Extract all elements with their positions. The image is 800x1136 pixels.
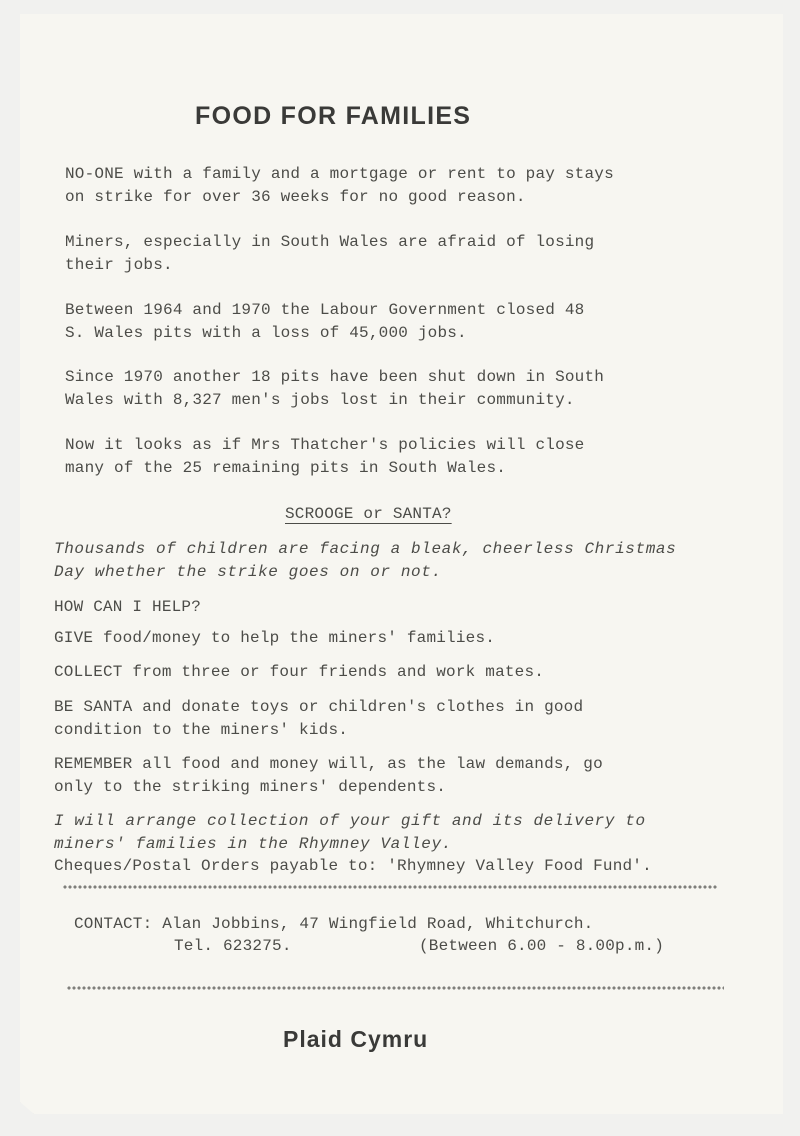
cheques-payable-line: Cheques/Postal Orders payable to: 'Rhymn…	[54, 855, 652, 877]
intro-italic-line-1: Thousands of children are facing a bleak…	[54, 538, 676, 560]
paragraph-closures-line-1: Since 1970 another 18 pits have been shu…	[65, 366, 604, 388]
paragraph-strike-line-1: NO-ONE with a family and a mortgage or r…	[65, 163, 614, 185]
footer-organisation: Plaid Cymru	[283, 1026, 428, 1053]
contact-telephone: Tel. 623275.	[174, 935, 292, 957]
decorative-divider-bottom	[66, 985, 724, 991]
section-subheading: SCROOGE or SANTA?	[285, 503, 452, 525]
paragraph-labour-line-2: S. Wales pits with a loss of 45,000 jobs…	[65, 322, 467, 344]
help-item-give: GIVE food/money to help the miners' fami…	[54, 627, 495, 649]
paragraph-strike-line-2: on strike for over 36 weeks for no good …	[65, 186, 526, 208]
help-heading: HOW CAN I HELP?	[54, 596, 201, 618]
contact-hours: (Between 6.00 - 8.00p.m.)	[419, 935, 664, 957]
document-title: FOOD FOR FAMILIES	[195, 102, 471, 131]
contact-line: CONTACT: Alan Jobbins, 47 Wingfield Road…	[74, 913, 593, 935]
help-item-remember-line-1: REMEMBER all food and money will, as the…	[54, 753, 603, 775]
paragraph-fear-line-1: Miners, especially in South Wales are af…	[65, 231, 594, 253]
paragraph-thatcher-line-1: Now it looks as if Mrs Thatcher's polici…	[65, 434, 584, 456]
help-item-collect: COLLECT from three or four friends and w…	[54, 661, 544, 683]
help-item-santa-line-2: condition to the miners' kids.	[54, 719, 348, 741]
paragraph-closures-line-2: Wales with 8,327 men's jobs lost in thei…	[65, 389, 575, 411]
help-item-remember-line-2: only to the striking miners' dependents.	[54, 776, 446, 798]
help-item-santa-line-1: BE SANTA and donate toys or children's c…	[54, 696, 583, 718]
decorative-divider-top	[62, 884, 718, 890]
paragraph-thatcher-line-2: many of the 25 remaining pits in South W…	[65, 457, 506, 479]
collection-italic-line-1: I will arrange collection of your gift a…	[54, 810, 646, 832]
paragraph-fear-line-2: their jobs.	[65, 254, 173, 276]
paragraph-labour-line-1: Between 1964 and 1970 the Labour Governm…	[65, 299, 584, 321]
intro-italic-line-2: Day whether the strike goes on or not.	[54, 561, 442, 583]
collection-italic-line-2: miners' families in the Rhymney Valley.	[54, 833, 452, 855]
